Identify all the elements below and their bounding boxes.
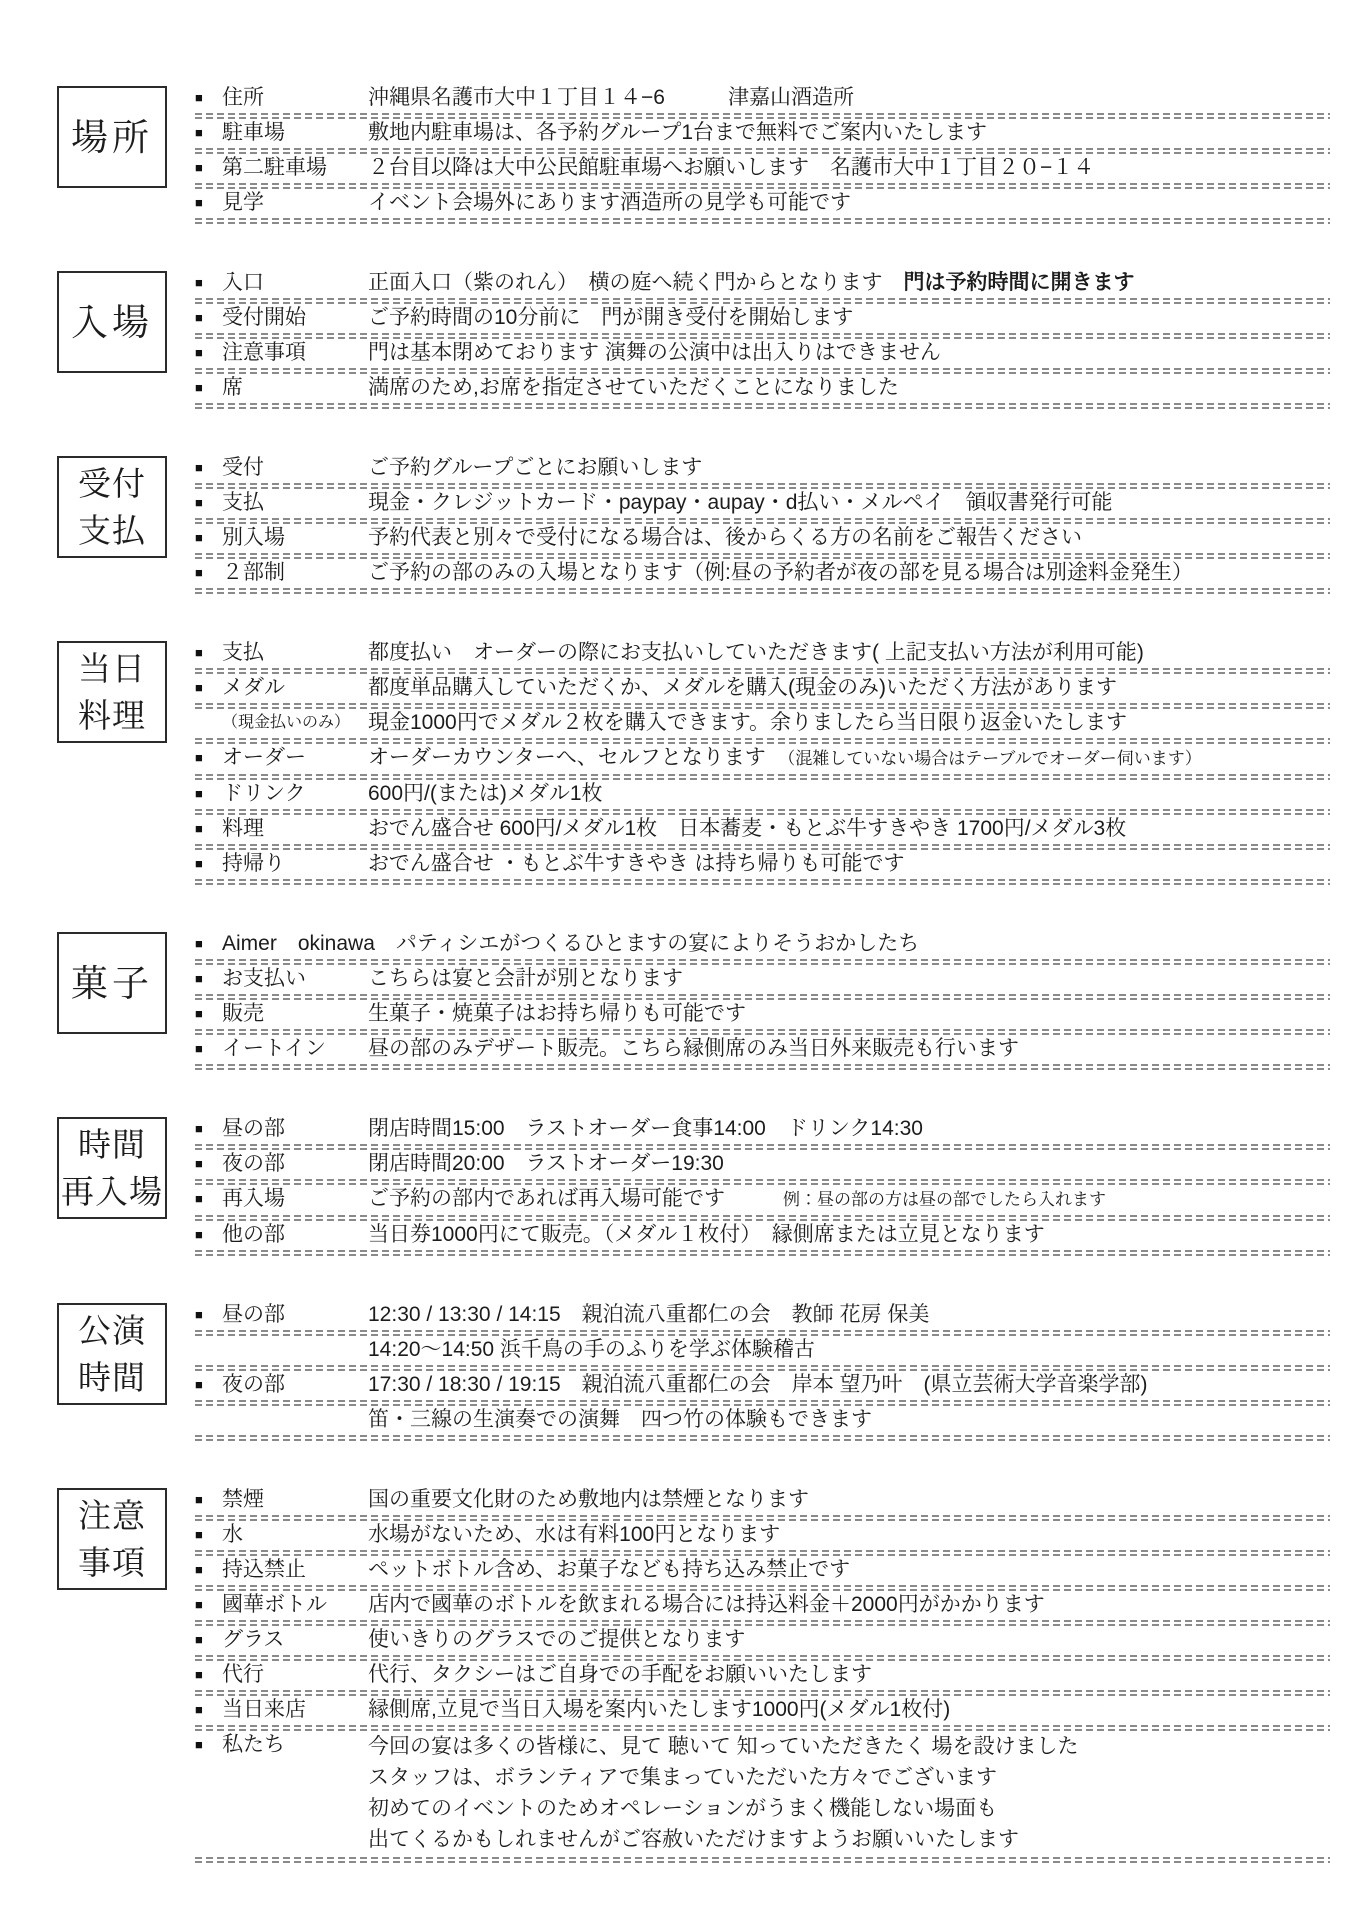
section-label-text: 時間 [78, 1354, 146, 1401]
row-text: 当日券1000円にて販売。（メダル１枚付） 縁側席または立見となります [368, 1221, 1330, 1248]
row-label: 別入場 [222, 524, 368, 551]
dashed-separator [195, 1062, 1330, 1070]
info-row: ■席満席のため,お席を指定させていただくことになりました [195, 374, 1330, 401]
square-bullet-icon: ■ [195, 374, 222, 401]
row-text-small: 例：昼の部の方は昼の部でしたら入れます [783, 1190, 1106, 1209]
row-text: 笛・三線の生演奏での演舞 四つ竹の体験もできます [368, 1406, 1330, 1433]
row-text-main: 14:20〜14:50 浜千鳥の手のふりを学ぶ体験稽古 [368, 1338, 815, 1361]
section-label-box: 当日料理 [57, 641, 167, 743]
info-row: ■他の部当日券1000円にて販売。（メダル１枚付） 縁側席または立見となります [195, 1221, 1330, 1248]
row-label: 入口 [222, 269, 368, 296]
dashed-separator [195, 957, 1330, 965]
row-text-main: ２台目以降は大中公民館駐車場へお願いします 名護市大中１丁目２０−１４ [368, 156, 1094, 179]
info-row: ■見学イベント会場外にあります酒造所の見学も可能です [195, 189, 1330, 216]
square-bullet-icon: ■ [195, 1185, 222, 1212]
dashed-separator [195, 1618, 1330, 1626]
dashed-separator [195, 146, 1330, 154]
dashed-separator [195, 401, 1330, 409]
row-label: 受付 [222, 454, 368, 481]
row-label: 代行 [222, 1661, 368, 1688]
dashed-separator [195, 1583, 1330, 1591]
info-row: ■別入場予約代表と別々で受付になる場合は、後からくる方の名前をご報告ください [195, 524, 1330, 551]
square-bullet-icon: ■ [195, 1626, 222, 1653]
row-text-main: 笛・三線の生演奏での演舞 四つ竹の体験もできます [368, 1408, 872, 1431]
row-text-bold: 門は予約時間に開きます [904, 271, 1135, 294]
square-bullet-icon: ■ [195, 1115, 222, 1142]
row-text-main: 都度払い オーダーの際にお支払いしていただきます( 上記支払い方法が利用可能) [368, 641, 1144, 664]
info-row: ■住所沖縄県名護市大中１丁目１４−6 津嘉山酒造所 [195, 84, 1330, 111]
row-label: 第二駐車場 [222, 154, 368, 181]
square-bullet-icon: ■ [195, 744, 222, 771]
section-label-box: 受付支払 [57, 456, 167, 558]
square-bullet-icon: ■ [195, 1000, 222, 1027]
row-label: （現金払いのみ） [222, 709, 368, 736]
row-text: 代行、タクシーはご自身での手配をお願いいたします [368, 1661, 1330, 1688]
section-reception-payment: 受付支払■受付ご予約グループごとにお願いします■支払現金・クレジットカード・pa… [57, 454, 1330, 594]
dashed-separator [195, 666, 1330, 674]
dashed-separator [195, 807, 1330, 815]
info-row: ■夜の部17:30 / 18:30 / 19:15 親泊流八重都仁の会 岸本 望… [195, 1371, 1330, 1398]
info-row: ■受付開始ご予約時間の10分前に 門が開き受付を開始します [195, 304, 1330, 331]
row-text-main: 店内で國華のボトルを飲まれる場合には持込料金＋2000円がかかります [368, 1593, 1045, 1616]
section-label-text: 入場 [71, 299, 153, 346]
row-label: グラス [222, 1626, 368, 1653]
square-bullet-icon: ■ [195, 1556, 222, 1583]
info-row: ■昼の部閉店時間15:00 ラストオーダー食事14:00 ドリンク14:30 [195, 1115, 1330, 1142]
section-label-text: 場所 [71, 114, 153, 161]
section-label-text: 支払 [78, 507, 146, 554]
dashed-separator [195, 111, 1330, 119]
row-text: 600円/(または)メダル1枚 [368, 780, 1330, 807]
section-label-text: 再入場 [61, 1168, 163, 1215]
row-text: ご予約時間の10分前に 門が開き受付を開始します [368, 304, 1330, 331]
info-row: ■２部制ご予約の部のみの入場となります（例:昼の予約者が夜の部を見る場合は別途料… [195, 559, 1330, 586]
section-rows: ■住所沖縄県名護市大中１丁目１４−6 津嘉山酒造所■駐車場敷地内駐車場は、各予約… [195, 84, 1330, 224]
square-bullet-icon: ■ [195, 304, 222, 331]
section-time-reentry: 時間再入場■昼の部閉店時間15:00 ラストオーダー食事14:00 ドリンク14… [57, 1115, 1330, 1256]
section-rows: ■禁煙国の重要文化財のため敷地内は禁煙となります■水水場がないため、水は有料10… [195, 1486, 1330, 1863]
square-bullet-icon: ■ [195, 269, 222, 296]
dashed-separator [195, 992, 1330, 1000]
row-text-main: ご予約グループごとにお願いします [368, 456, 702, 479]
row-text: ご予約グループごとにお願いします [368, 454, 1330, 481]
dashed-separator [195, 516, 1330, 524]
dashed-separator [195, 1363, 1330, 1371]
dashed-separator [195, 216, 1330, 224]
row-text-main: 敷地内駐車場は、各予約グループ1台まで無料でご案内いたします [368, 121, 987, 144]
square-bullet-icon: ■ [195, 674, 222, 701]
section-label-box: 場所 [57, 86, 167, 188]
square-bullet-icon: ■ [195, 1696, 222, 1723]
square-bullet-icon: ■ [195, 1221, 222, 1248]
dashed-separator [195, 1213, 1330, 1221]
dashed-separator [195, 1433, 1330, 1441]
row-text-main: おでん盛合せ ・もとぶ牛すきやき は持ち帰りも可能です [368, 852, 904, 875]
row-text-main: 門は基本閉めております 演舞の公演中は出入りはできません [368, 341, 941, 364]
row-text-main: 代行、タクシーはご自身での手配をお願いいたします [368, 1663, 872, 1686]
dashed-separator [195, 1855, 1330, 1863]
info-row: ■駐車場敷地内駐車場は、各予約グループ1台まで無料でご案内いたします [195, 119, 1330, 146]
row-text-line: 出てくるかもしれませんがご容赦いただけますようお願いいたします [368, 1824, 1330, 1855]
dashed-separator [195, 772, 1330, 780]
info-row: ■第二駐車場２台目以降は大中公民館駐車場へお願いします 名護市大中１丁目２０−１… [195, 154, 1330, 181]
row-text: 水場がないため、水は有料100円となります [368, 1521, 1330, 1548]
square-bullet-icon: ■ [195, 639, 222, 666]
row-label: 支払 [222, 639, 368, 666]
row-label: 持帰り [222, 850, 368, 877]
row-label: 見学 [222, 189, 368, 216]
event-info-sheet: { "page": { "background": "#ffffff", "te… [0, 0, 1350, 1908]
row-text-line: スタッフは、ボランティアで集まっていただいた方々でございます [368, 1762, 1330, 1793]
row-label: ドリンク [222, 780, 368, 807]
dashed-separator [195, 551, 1330, 559]
row-label: 席 [222, 374, 368, 401]
section-label-text: 公演 [78, 1307, 146, 1354]
row-text-main: ご予約の部内であれば再入場可能です [368, 1187, 725, 1210]
row-text: 14:20〜14:50 浜千鳥の手のふりを学ぶ体験稽古 [368, 1336, 1330, 1363]
row-text-main: 国の重要文化財のため敷地内は禁煙となります [368, 1488, 809, 1511]
row-text-small: （混雑していない場合はテーブルでオーダー伺います） [787, 749, 1202, 768]
row-label: 昼の部 [222, 1115, 368, 1142]
row-text-main: 予約代表と別々で受付になる場合は、後からくる方の名前をご報告ください [368, 526, 1082, 549]
row-label: 持込禁止 [222, 1556, 368, 1583]
row-text: オーダーカウンターへ、セルフとなります （混雑していない場合はテーブルでオーダー… [368, 744, 1330, 772]
row-text: 予約代表と別々で受付になる場合は、後からくる方の名前をご報告ください [368, 524, 1330, 551]
row-text: ご予約の部のみの入場となります（例:昼の予約者が夜の部を見る場合は別途料金発生） [368, 559, 1330, 586]
row-text-line: 今回の宴は多くの皆様に、見て 聴いて 知っていただきたく 場を設けました [368, 1731, 1330, 1762]
dashed-separator [195, 736, 1330, 744]
row-text: 満席のため,お席を指定させていただくことになりました [368, 374, 1330, 401]
dashed-separator [195, 842, 1330, 850]
row-text-main: 正面入口（紫のれん） 横の庭へ続く門からとなります [368, 271, 904, 294]
dashed-separator [195, 877, 1330, 885]
square-bullet-icon: ■ [195, 119, 222, 146]
row-text-main: 満席のため,お席を指定させていただくことになりました [368, 376, 899, 399]
section-rows: ■支払都度払い オーダーの際にお支払いしていただきます( 上記支払い方法が利用可… [195, 639, 1330, 885]
section-label-box: 時間再入場 [57, 1117, 167, 1219]
dashed-separator [195, 1688, 1330, 1696]
row-text: イベント会場外にあります酒造所の見学も可能です [368, 189, 1330, 216]
row-label: 水 [222, 1521, 368, 1548]
info-row: ■お支払いこちらは宴と会計が別となります [195, 965, 1330, 992]
section-label-box: 注意事項 [57, 1488, 167, 1590]
row-label: 注意事項 [222, 339, 368, 366]
dashed-separator [195, 1248, 1330, 1256]
dashed-separator [195, 366, 1330, 374]
row-text: 昼の部のみデザート販売。こちら縁側席のみ当日外来販売も行います [368, 1035, 1330, 1062]
row-text: 今回の宴は多くの皆様に、見て 聴いて 知っていただきたく 場を設けましたスタッフ… [368, 1731, 1330, 1855]
dashed-separator [195, 1398, 1330, 1406]
row-label: 再入場 [222, 1185, 368, 1212]
info-row: ■夜の部閉店時間20:00 ラストオーダー19:30 [195, 1150, 1330, 1177]
info-row: ■支払現金・クレジットカード・paypay・aupay・d払い・メルペイ 領収書… [195, 489, 1330, 516]
info-row: （現金払いのみ）現金1000円でメダル２枚を購入できます。余りましたら当日限り返… [195, 709, 1330, 736]
square-bullet-icon: ■ [195, 189, 222, 216]
row-label: 販売 [222, 1000, 368, 1027]
square-bullet-icon: ■ [195, 815, 222, 842]
square-bullet-icon: ■ [195, 84, 222, 111]
section-label-text: 注意 [78, 1492, 146, 1539]
row-text: 生菓子・焼菓子はお持ち帰りも可能です [368, 1000, 1330, 1027]
row-text-main: 現金・クレジットカード・paypay・aupay・d払い・メルペイ 領収書発行可… [368, 491, 1112, 514]
section-rows: ■昼の部12:30 / 13:30 / 14:15 親泊流八重都仁の会 教師 花… [195, 1301, 1330, 1441]
square-bullet-icon: ■ [195, 339, 222, 366]
info-row: ■オーダーオーダーカウンターへ、セルフとなります （混雑していない場合はテーブル… [195, 744, 1330, 772]
row-text: 門は基本閉めております 演舞の公演中は出入りはできません [368, 339, 1330, 366]
info-row: ■グラス使いきりのグラスでのご提供となります [195, 1626, 1330, 1653]
section-label-text: 菓子 [71, 960, 153, 1007]
row-text-main: 閉店時間20:00 ラストオーダー19:30 [368, 1152, 724, 1175]
section-label-text: 事項 [78, 1539, 146, 1586]
square-bullet-icon: ■ [195, 1301, 222, 1328]
info-row: ■イートイン昼の部のみデザート販売。こちら縁側席のみ当日外来販売も行います [195, 1035, 1330, 1062]
row-label: 支払 [222, 489, 368, 516]
square-bullet-icon: ■ [195, 1731, 222, 1758]
row-text: おでん盛合せ 600円/メダル1枚 日本蕎麦・もとぶ牛すきやき 1700円/メダ… [368, 815, 1330, 842]
row-label: 禁煙 [222, 1486, 368, 1513]
dashed-separator [195, 296, 1330, 304]
row-text: ２台目以降は大中公民館駐車場へお願いします 名護市大中１丁目２０−１４ [368, 154, 1330, 181]
row-text-main: 600円/(または)メダル1枚 [368, 782, 603, 805]
info-row: ■代行代行、タクシーはご自身での手配をお願いいたします [195, 1661, 1330, 1688]
square-bullet-icon: ■ [195, 1591, 222, 1618]
info-row: ■料理おでん盛合せ 600円/メダル1枚 日本蕎麦・もとぶ牛すきやき 1700円… [195, 815, 1330, 842]
info-row: ■再入場ご予約の部内であれば再入場可能です例：昼の部の方は昼の部でしたら入れます [195, 1185, 1330, 1213]
row-text: 敷地内駐車場は、各予約グループ1台まで無料でご案内いたします [368, 119, 1330, 146]
square-bullet-icon: ■ [195, 1661, 222, 1688]
dashed-separator [195, 1177, 1330, 1185]
row-text: パティシエがつくるひとますの宴によりそうおかしたち [375, 930, 1330, 957]
row-text: おでん盛合せ ・もとぶ牛すきやき は持ち帰りも可能です [368, 850, 1330, 877]
section-rows: ■受付ご予約グループごとにお願いします■支払現金・クレジットカード・paypay… [195, 454, 1330, 594]
row-label: 他の部 [222, 1221, 368, 1248]
row-text: 17:30 / 18:30 / 19:15 親泊流八重都仁の会 岸本 望乃叶 (… [368, 1371, 1330, 1398]
row-text-main: パティシエがつくるひとますの宴によりそうおかしたち [375, 932, 919, 955]
row-text-main: 都度単品購入していただくか、メダルを購入(現金のみ)いただく方法があります [368, 676, 1117, 699]
row-text: 縁側席,立見で当日入場を案内いたします1000円(メダル1枚付) [368, 1696, 1330, 1723]
square-bullet-icon: ■ [195, 930, 222, 957]
row-text-main: 沖縄県名護市大中１丁目１４−6 津嘉山酒造所 [368, 86, 854, 109]
row-label: ２部制 [222, 559, 368, 586]
row-text-main: 12:30 / 13:30 / 14:15 親泊流八重都仁の会 教師 花房 保美 [368, 1303, 929, 1326]
row-text: 都度単品購入していただくか、メダルを購入(現金のみ)いただく方法があります [368, 674, 1330, 701]
section-food: 当日料理■支払都度払い オーダーの際にお支払いしていただきます( 上記支払い方法… [57, 639, 1330, 885]
row-text: 12:30 / 13:30 / 14:15 親泊流八重都仁の会 教師 花房 保美 [368, 1301, 1330, 1328]
section-label-box: 入場 [57, 271, 167, 373]
section-rows: ■入口正面入口（紫のれん） 横の庭へ続く門からとなります 門は予約時間に開きます… [195, 269, 1330, 409]
section-performance: 公演時間■昼の部12:30 / 13:30 / 14:15 親泊流八重都仁の会 … [57, 1301, 1330, 1441]
row-label: お支払い [222, 965, 368, 992]
row-text: ご予約の部内であれば再入場可能です例：昼の部の方は昼の部でしたら入れます [368, 1185, 1330, 1213]
info-row: ■Aimer okinawa パティシエがつくるひとますの宴によりそうおかしたち [195, 930, 1330, 957]
row-text-main: 昼の部のみデザート販売。こちら縁側席のみ当日外来販売も行います [368, 1037, 1019, 1060]
square-bullet-icon: ■ [195, 1486, 222, 1513]
row-text-main: イベント会場外にあります酒造所の見学も可能です [368, 191, 851, 214]
row-text-main: 当日券1000円にて販売。（メダル１枚付） 縁側席または立見となります [368, 1223, 1045, 1246]
dashed-separator [195, 1723, 1330, 1731]
row-text: 都度払い オーダーの際にお支払いしていただきます( 上記支払い方法が利用可能) [368, 639, 1330, 666]
dashed-separator [195, 1548, 1330, 1556]
row-text: 閉店時間20:00 ラストオーダー19:30 [368, 1150, 1330, 1177]
row-text: 国の重要文化財のため敷地内は禁煙となります [368, 1486, 1330, 1513]
row-label: 料理 [222, 815, 368, 842]
row-text-main: 閉店時間15:00 ラストオーダー食事14:00 ドリンク14:30 [368, 1117, 923, 1140]
document-body: 場所■住所沖縄県名護市大中１丁目１４−6 津嘉山酒造所■駐車場敷地内駐車場は、各… [57, 84, 1330, 1863]
row-text-main: 生菓子・焼菓子はお持ち帰りも可能です [368, 1002, 746, 1025]
row-label: 駐車場 [222, 119, 368, 146]
row-label: Aimer okinawa [222, 930, 375, 957]
section-label-box: 菓子 [57, 932, 167, 1034]
row-text: 使いきりのグラスでのご提供となります [368, 1626, 1330, 1653]
row-label: 國華ボトル [222, 1591, 368, 1618]
info-row: ■販売生菓子・焼菓子はお持ち帰りも可能です [195, 1000, 1330, 1027]
info-row: 笛・三線の生演奏での演舞 四つ竹の体験もできます [195, 1406, 1330, 1433]
row-text: 沖縄県名護市大中１丁目１４−6 津嘉山酒造所 [368, 84, 1330, 111]
info-row: ■持込禁止ペットボトル含め、お菓子なども持ち込み禁止です [195, 1556, 1330, 1583]
section-label-text: 料理 [78, 692, 146, 739]
row-text-main: ご予約の部のみの入場となります（例:昼の予約者が夜の部を見る場合は別途料金発生） [368, 561, 1193, 584]
dashed-separator [195, 481, 1330, 489]
square-bullet-icon: ■ [195, 1035, 222, 1062]
square-bullet-icon: ■ [195, 1371, 222, 1398]
info-row: ■当日来店縁側席,立見で当日入場を案内いたします1000円(メダル1枚付) [195, 1696, 1330, 1723]
dashed-separator [195, 1142, 1330, 1150]
row-text-main: おでん盛合せ 600円/メダル1枚 日本蕎麦・もとぶ牛すきやき 1700円/メダ… [368, 817, 1126, 840]
dashed-separator [195, 586, 1330, 594]
row-label: 私たち [222, 1731, 368, 1758]
row-label: 夜の部 [222, 1371, 368, 1398]
row-label: 当日来店 [222, 1696, 368, 1723]
row-text: 現金・クレジットカード・paypay・aupay・d払い・メルペイ 領収書発行可… [368, 489, 1330, 516]
section-rows: ■Aimer okinawa パティシエがつくるひとますの宴によりそうおかしたち… [195, 930, 1330, 1070]
dashed-separator [195, 1513, 1330, 1521]
section-label-text: 受付 [78, 460, 146, 507]
row-label: イートイン [222, 1035, 368, 1062]
row-text-main: 17:30 / 18:30 / 19:15 親泊流八重都仁の会 岸本 望乃叶 (… [368, 1373, 1147, 1396]
square-bullet-icon: ■ [195, 1521, 222, 1548]
row-text: 店内で國華のボトルを飲まれる場合には持込料金＋2000円がかかります [368, 1591, 1330, 1618]
row-text: 正面入口（紫のれん） 横の庭へ続く門からとなります 門は予約時間に開きます [368, 269, 1330, 296]
square-bullet-icon: ■ [195, 454, 222, 481]
square-bullet-icon: ■ [195, 559, 222, 586]
dashed-separator [195, 1328, 1330, 1336]
row-label: 受付開始 [222, 304, 368, 331]
dashed-separator [195, 331, 1330, 339]
row-text: こちらは宴と会計が別となります [368, 965, 1330, 992]
row-text: 閉店時間15:00 ラストオーダー食事14:00 ドリンク14:30 [368, 1115, 1330, 1142]
section-label-text: 時間 [78, 1121, 146, 1168]
square-bullet-icon: ■ [195, 1150, 222, 1177]
dashed-separator [195, 181, 1330, 189]
row-label: メダル [222, 674, 368, 701]
info-row: ■私たち今回の宴は多くの皆様に、見て 聴いて 知っていただきたく 場を設けました… [195, 1731, 1330, 1855]
row-label: オーダー [222, 744, 368, 771]
info-row: 14:20〜14:50 浜千鳥の手のふりを学ぶ体験稽古 [195, 1336, 1330, 1363]
square-bullet-icon: ■ [195, 850, 222, 877]
section-notes: 注意事項■禁煙国の重要文化財のため敷地内は禁煙となります■水水場がないため、水は… [57, 1486, 1330, 1863]
row-label: 住所 [222, 84, 368, 111]
row-text-main: 現金1000円でメダル２枚を購入できます。余りましたら当日限り返金いたします [368, 711, 1127, 734]
info-row: ■水水場がないため、水は有料100円となります [195, 1521, 1330, 1548]
row-text-main: 使いきりのグラスでのご提供となります [368, 1628, 745, 1651]
section-entry: 入場■入口正面入口（紫のれん） 横の庭へ続く門からとなります 門は予約時間に開き… [57, 269, 1330, 409]
row-text: 現金1000円でメダル２枚を購入できます。余りましたら当日限り返金いたします [368, 709, 1330, 736]
row-label: 夜の部 [222, 1150, 368, 1177]
section-label-box: 公演時間 [57, 1303, 167, 1405]
row-text-main: ペットボトル含め、お菓子なども持ち込み禁止です [368, 1558, 850, 1581]
row-text-main: 縁側席,立見で当日入場を案内いたします1000円(メダル1枚付) [368, 1698, 950, 1721]
square-bullet-icon: ■ [195, 965, 222, 992]
info-row: ■國華ボトル店内で國華のボトルを飲まれる場合には持込料金＋2000円がかかります [195, 1591, 1330, 1618]
square-bullet-icon: ■ [195, 489, 222, 516]
info-row: ■支払都度払い オーダーの際にお支払いしていただきます( 上記支払い方法が利用可… [195, 639, 1330, 666]
info-row: ■持帰りおでん盛合せ ・もとぶ牛すきやき は持ち帰りも可能です [195, 850, 1330, 877]
row-text-main: オーダーカウンターへ、セルフとなります [368, 746, 787, 769]
section-label-text: 当日 [78, 645, 146, 692]
dashed-separator [195, 1653, 1330, 1661]
row-text-main: ご予約時間の10分前に 門が開き受付を開始します [368, 306, 853, 329]
square-bullet-icon: ■ [195, 154, 222, 181]
dashed-separator [195, 1027, 1330, 1035]
row-text-main: 水場がないため、水は有料100円となります [368, 1523, 780, 1546]
info-row: ■昼の部12:30 / 13:30 / 14:15 親泊流八重都仁の会 教師 花… [195, 1301, 1330, 1328]
info-row: ■禁煙国の重要文化財のため敷地内は禁煙となります [195, 1486, 1330, 1513]
section-rows: ■昼の部閉店時間15:00 ラストオーダー食事14:00 ドリンク14:30■夜… [195, 1115, 1330, 1256]
row-text-line: 初めてのイベントのためオペレーションがうまく機能しない場面も [368, 1793, 1330, 1824]
row-label: 昼の部 [222, 1301, 368, 1328]
info-row: ■メダル都度単品購入していただくか、メダルを購入(現金のみ)いただく方法がありま… [195, 674, 1330, 701]
section-sweets: 菓子■Aimer okinawa パティシエがつくるひとますの宴によりそうおかし… [57, 930, 1330, 1070]
row-text-main: こちらは宴と会計が別となります [368, 967, 683, 990]
square-bullet-icon: ■ [195, 524, 222, 551]
row-text: ペットボトル含め、お菓子なども持ち込み禁止です [368, 1556, 1330, 1583]
info-row: ■ドリンク600円/(または)メダル1枚 [195, 780, 1330, 807]
square-bullet-icon: ■ [195, 780, 222, 807]
info-row: ■注意事項門は基本閉めております 演舞の公演中は出入りはできません [195, 339, 1330, 366]
info-row: ■入口正面入口（紫のれん） 横の庭へ続く門からとなります 門は予約時間に開きます [195, 269, 1330, 296]
info-row: ■受付ご予約グループごとにお願いします [195, 454, 1330, 481]
section-place: 場所■住所沖縄県名護市大中１丁目１４−6 津嘉山酒造所■駐車場敷地内駐車場は、各… [57, 84, 1330, 224]
dashed-separator [195, 701, 1330, 709]
